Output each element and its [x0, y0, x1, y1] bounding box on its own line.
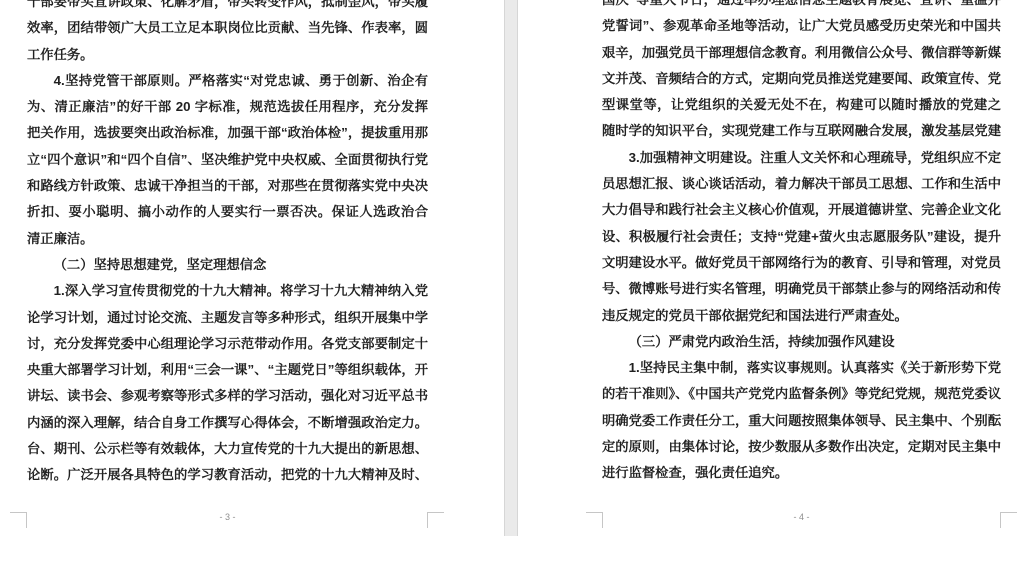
text-line: 清正廉洁。: [27, 226, 428, 252]
text-line: 型课堂等，让党组织的关爱无处不在，构建可以随时播放的党建之窗，搭建可以: [602, 92, 1001, 118]
text-line: 论断。广泛开展各具特色的学习教育活动，把党的十九大精神及时、全面、准确: [27, 462, 428, 488]
page-4: 国庆”等重大节日，通过举办理想信念主题教育展览、宣讲、重温并牢记“入 党誓词”、…: [518, 0, 1024, 536]
text-line: 随时学的知识平台，实现党建工作与互联网融合发展，激发基层党建工作活力。: [602, 118, 1001, 144]
text-boundary-mark-bottom-right: [427, 512, 444, 528]
text-line: 3.加强精神文明建设。注重人文关怀和心理疏导，党组织应不定期开展党: [602, 145, 1001, 171]
page-number: - 3 -: [27, 511, 428, 524]
text-line: 大力倡导和践行社会主义核心价值观，开展道德讲堂、完善企业文化墙和长廊建: [602, 197, 1001, 223]
text-line: 效率，团结带领广大员工立足本职岗位比贡献、当先锋、作表率，圆满完成各项: [27, 15, 428, 41]
text-line: 和路线方针政策、忠诚干净担当的干部，对那些在贯彻落实党中央决策部署上打: [27, 173, 428, 199]
text-line: 艰辛，加强党员干部理想信念教育。利用微信公众号、微信群等新媒体，通过图: [602, 40, 1001, 66]
text-line: 文并茂、音频结合的方式，定期向党员推送党建要闻、政策宣传、党员风采、微: [602, 66, 1001, 92]
text-line: 工作任务。: [27, 42, 428, 68]
text-line: 干部要带头宣讲政策、化解矛盾，带头转变作风，抵制歪风，带头履职尽责提高: [27, 0, 428, 15]
page-3: 干部要带头宣讲政策、化解矛盾，带头转变作风，抵制歪风，带头履职尽责提高 效率，团…: [0, 0, 504, 536]
text-line: 进行监督检查，强化责任追究。: [602, 460, 1001, 486]
section-heading: （三）严肃党内政治生活，持续加强作风建设: [602, 329, 1001, 355]
text-line: 立“四个意识”和“四个自信”、坚决维护党中央权威、全面贯彻执行党的理论: [27, 147, 428, 173]
text-line: 1.坚持民主集中制，落实议事规则。认真落实《关于新形势下党内政治生活: [602, 355, 1001, 381]
text-line: 讨，充分发挥党委中心组理论学习示范带动作用。各党支部要制定十九大及党中: [27, 331, 428, 357]
text-line: 为、清正廉洁”的好干部 20 字标准，规范选拔任用程序，充分发挥党委领导和: [27, 94, 428, 120]
text-line: 折扣、耍小聪明、搞小动作的人要实行一票否决。保证人选政治合格、作风合格、: [27, 199, 428, 225]
text-line: 1.深入学习宣传贯彻党的十九大精神。将学习十九大精神纳入党委中心组理: [27, 278, 428, 304]
page-number: - 4 -: [602, 511, 1001, 524]
text-line: 党誓词”、参观革命圣地等活动，让广大党员感受历史荣光和中国共产党成长的: [602, 13, 1001, 39]
document-viewer: 干部要带头宣讲政策、化解矛盾，带头转变作风，抵制歪风，带头履职尽责提高 效率，团…: [0, 0, 1024, 563]
text-line: 4.坚持党管干部原则。严格落实“对党忠诚、勇于创新、治企有方、兴企有: [27, 68, 428, 94]
text-line: 的若干准则》、《中国共产党党内监督条例》等党纪党规，规范党委议事规则，: [602, 381, 1001, 407]
text-line: 设、积极履行社会责任；支持“党建+萤火虫志愿服务队”建设，提升单位精神: [602, 224, 1001, 250]
text-line: 号、微博账号进行实名管理，明确党员干部禁止参与的网络活动和传播行为，凡: [602, 276, 1001, 302]
text-line: 国庆”等重大节日，通过举办理想信念主题教育展览、宣讲、重温并牢记“入: [602, 0, 1001, 13]
text-boundary-mark-bottom-right: [1000, 512, 1017, 528]
text-line: 文明建设水平。做好党员干部网络行为的教育、引导和管理，对党员干部的微信: [602, 250, 1001, 276]
text-line: 台、期刊、公示栏等有效载体，大力宣传党的十九大提出的新思想、新观点、新: [27, 436, 428, 462]
section-heading: （二）坚持思想建党，坚定理想信念: [27, 252, 428, 278]
text-line: 讲坛、读书会、参观考察等形式多样的学习活动，强化对习近平总书记系列讲话: [27, 383, 428, 409]
text-boundary-mark-bottom-left: [10, 512, 27, 528]
text-line: 违反规定的党员干部依据党纪和国法进行严肃查处。: [602, 303, 1001, 329]
text-line: 员思想汇报、谈心谈话活动，着力解决干部员工思想、工作和生活中的实际问题；: [602, 171, 1001, 197]
text-line: 定的原则，由集体讨论，按少数服从多数作出决定，定期对民主集中制执行情况: [602, 434, 1001, 460]
page-3-text: 干部要带头宣讲政策、化解矛盾，带头转变作风，抵制歪风，带头履职尽责提高 效率，团…: [27, 0, 428, 489]
text-line: 把关作用，选拔要突出政治标准，加强干部“政治体检”，提拔重用那些牢固树: [27, 120, 428, 146]
text-boundary-mark-bottom-left: [586, 512, 603, 528]
text-line: 央重大部署学习计划，利用“三会一课”、“主题党日”等组织载体，开展学习: [27, 357, 428, 383]
text-line: 明确党委工作责任分工，重大问题按照集体领导、民主集中、个别酝酿、会议决: [602, 408, 1001, 434]
text-line: 内涵的深入理解，结合自身工作撰写心得体会，不断增强政治定力。利用微信平: [27, 410, 428, 436]
page-gutter: [504, 0, 518, 536]
text-line: 论学习计划，通过讨论交流、主题发言等多种形式，组织开展集中学习和专题研: [27, 305, 428, 331]
page-4-text: 国庆”等重大节日，通过举办理想信念主题教育展览、宣讲、重温并牢记“入 党誓词”、…: [602, 0, 1001, 487]
